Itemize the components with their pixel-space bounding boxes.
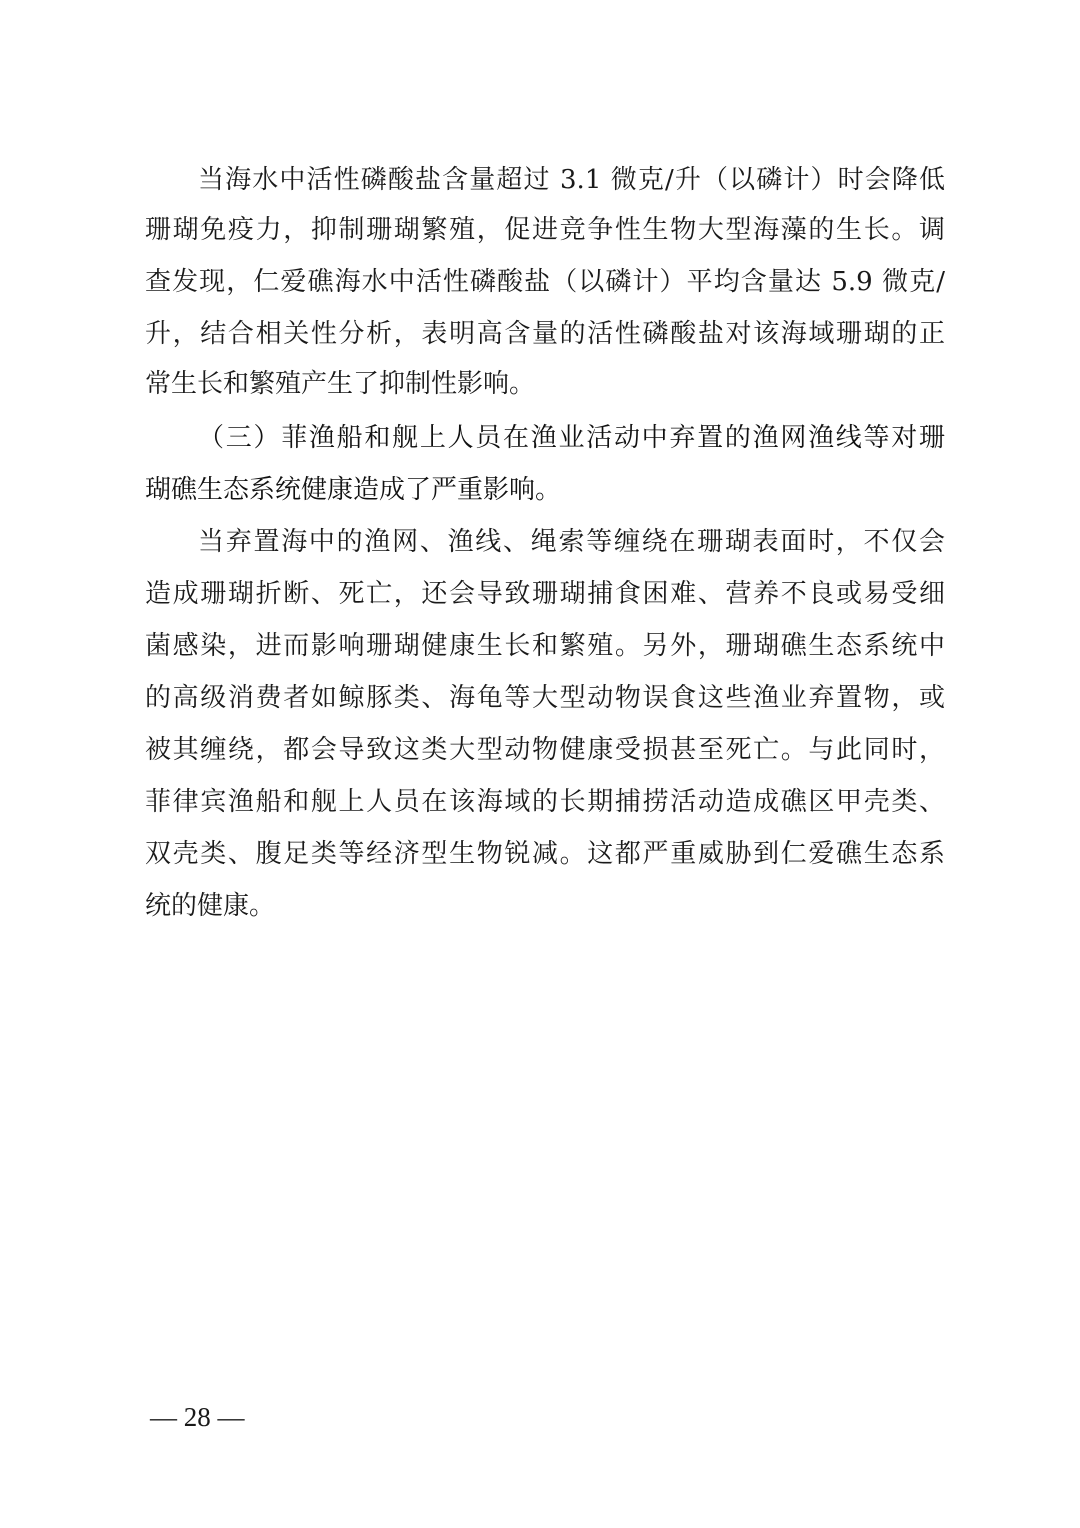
paragraph-1-line-4: 升，结合相关性分析，表明高含量的活性磷酸盐对该海域珊瑚的正 bbox=[145, 314, 945, 354]
paragraph-3-line-4: 的高级消费者如鲸豚类、海龟等大型动物误食这些渔业弃置物，或 bbox=[145, 678, 945, 718]
paragraph-3-line-5: 被其缠绕，都会导致这类大型动物健康受损甚至死亡。与此同时， bbox=[145, 730, 945, 770]
section-heading-line-1: （三）菲渔船和舰上人员在渔业活动中弃置的渔网渔线等对珊 bbox=[198, 418, 945, 458]
paragraph-1-line-5: 常生长和繁殖产生了抑制性影响。 bbox=[145, 364, 945, 404]
document-page: 当海水中活性磷酸盐含量超过 3.1 微克/升（以磷计）时会降低 珊瑚免疫力，抑制… bbox=[0, 0, 1080, 1528]
paragraph-1-line-3: 查发现，仁爱礁海水中活性磷酸盐（以磷计）平均含量达 5.9 微克/ bbox=[145, 262, 945, 302]
section-heading-line-2: 瑚礁生态系统健康造成了严重影响。 bbox=[145, 470, 945, 510]
paragraph-3-line-3: 菌感染，进而影响珊瑚健康生长和繁殖。另外，珊瑚礁生态系统中 bbox=[145, 626, 945, 666]
paragraph-3-line-1: 当弃置海中的渔网、渔线、绳索等缠绕在珊瑚表面时，不仅会 bbox=[198, 522, 945, 562]
paragraph-3-line-6: 菲律宾渔船和舰上人员在该海域的长期捕捞活动造成礁区甲壳类、 bbox=[145, 782, 945, 822]
paragraph-1-line-1: 当海水中活性磷酸盐含量超过 3.1 微克/升（以磷计）时会降低 bbox=[198, 160, 945, 200]
paragraph-3-line-2: 造成珊瑚折断、死亡，还会导致珊瑚捕食困难、营养不良或易受细 bbox=[145, 574, 945, 614]
page-number: — 28 — bbox=[150, 1402, 245, 1433]
paragraph-3-line-7: 双壳类、腹足类等经济型生物锐减。这都严重威胁到仁爱礁生态系 bbox=[145, 834, 945, 874]
paragraph-3-line-8: 统的健康。 bbox=[145, 886, 945, 926]
paragraph-1-line-2: 珊瑚免疫力，抑制珊瑚繁殖，促进竞争性生物大型海藻的生长。调 bbox=[145, 210, 945, 250]
